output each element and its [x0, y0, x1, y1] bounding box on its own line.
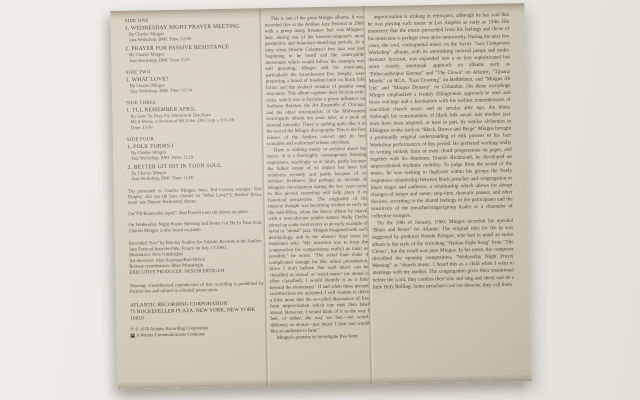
- track-item: 1. WHAT LOVE? By Charles Mingus Jazz Wor…: [126, 74, 260, 94]
- liner-notes-paragraph: improvisation is striking in retrospect,…: [368, 11, 513, 220]
- liner-notes-paragraph: There is nothing musty or archival about…: [267, 145, 370, 334]
- track-item: 2. BETTER GIT HIT IN YOUR SOUL By Charle…: [127, 162, 261, 182]
- track-credits: By Charles Mingus Jazz Workshop, BMI. Ti…: [131, 168, 261, 182]
- liner-notes-column-2: improvisation is striking in retrospect,…: [368, 11, 517, 380]
- side-one-block: SIDE ONE 1. WEDNESDAY NIGHT PRAYER MEETI…: [125, 16, 260, 63]
- side-three-block: SIDE THREE 1. I'LL REMEMBER APRIL By Gen…: [126, 98, 261, 130]
- liner-notes-paragraph: On the 19th of January, 1960, Mingus rec…: [371, 217, 514, 291]
- liner-notes-column-1: This is one of the great Mingus albums. …: [265, 14, 371, 382]
- side-four-block: SIDE FOUR 1. FOLK FORMS I By Charles Min…: [127, 135, 262, 182]
- liner-notes-paragraph: This is one of the great Mingus albums. …: [265, 14, 367, 147]
- copyright-warning: Warning: Unauthorized reproduction of th…: [130, 280, 264, 294]
- cover-content: SIDE ONE 1. WEDNESDAY NIGHT PRAYER MEETI…: [110, 3, 531, 389]
- warner-row: W A Warner Communications Company: [131, 330, 265, 338]
- liner-notes-paragraph: Mingus's promise to investigate free for…: [271, 333, 370, 341]
- personnel-note: On Wednesday Night Prayer Meeting and Be…: [128, 220, 262, 234]
- track-credits: By Gene De Paul, Pat Johnston & Don Raye…: [130, 111, 260, 130]
- track-item: 2. PRAYER FOR PASSIVE RESISTANCE By Char…: [125, 43, 259, 63]
- track-credits: By Charles Mingus Jazz Workshop, BMI. Ti…: [131, 148, 261, 162]
- photo-background: SIDE ONE 1. WEDNESDAY NIGHT PRAYER MEETI…: [0, 0, 640, 400]
- tracklist-credits-column: SIDE ONE 1. WEDNESDAY NIGHT PRAYER MEETI…: [125, 16, 266, 384]
- track-item: 1. FOLK FORMS I By Charles Mingus Jazz W…: [127, 141, 261, 161]
- production-credits: Recorded "live" by Barclay Studios for A…: [129, 239, 264, 276]
- side-two-block: SIDE TWO 1. WHAT LOVE? By Charles Mingus…: [126, 68, 260, 95]
- track-item: 1. I'LL REMEMBER APRIL By Gene De Paul, …: [126, 105, 260, 131]
- label-address: ATLANTIC RECORDING CORPORATION 75 ROCKEF…: [130, 300, 264, 322]
- warner-communications-logo-icon: W: [131, 334, 135, 338]
- album-back-cover: SIDE ONE 1. WEDNESDAY NIGHT PRAYER MEETI…: [110, 3, 531, 389]
- copyright-block: ℗ © 1976 Atlantic Recording Corporation …: [130, 324, 264, 338]
- personnel-note: On "I'll Remember April", Bud Powell joi…: [128, 209, 262, 217]
- track-item: 1. WEDNESDAY NIGHT PRAYER MEETING By Cha…: [125, 23, 259, 43]
- track-credits: By Charles Mingus Jazz Workshop, BMI. Ti…: [130, 81, 260, 95]
- warner-company-line: A Warner Communications Company: [136, 331, 205, 338]
- personnel-note: The personnel is: Charles Mingus, bass; …: [128, 186, 262, 206]
- track-credits: By Charles Mingus Jazz Workshop, BMI. Ti…: [129, 29, 259, 43]
- track-credits: By Charles Mingus Jazz Workshop, BMI. Ti…: [129, 50, 259, 64]
